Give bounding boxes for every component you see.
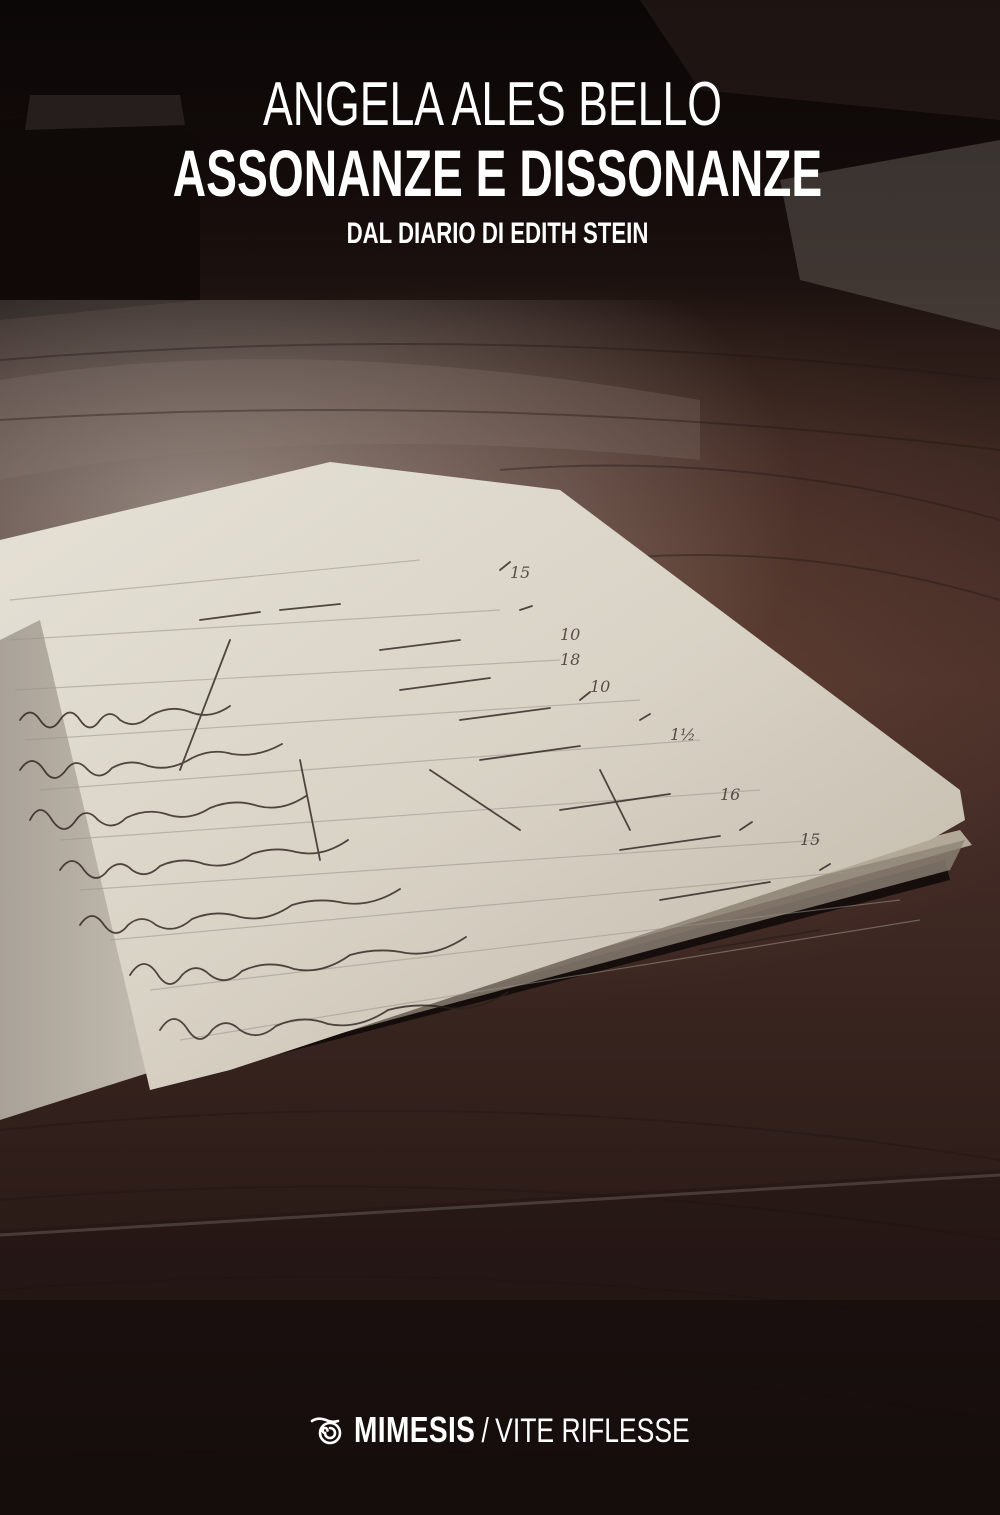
spiral-snail-icon <box>310 1415 346 1445</box>
book-subtitle: DAL DIARIO DI EDITH STEIN <box>126 216 870 252</box>
publisher-imprint: MIMESIS / VITE RIFLESSE <box>310 1408 784 1452</box>
book-cover: 15 10 18 10 1½ 16 15 ANGELA ALES BELLO A… <box>0 0 1000 1515</box>
book-title: ASSONANZE E DISSONANZE <box>146 138 850 208</box>
author-name: ANGELA ALES BELLO <box>127 70 858 140</box>
svg-text:18: 18 <box>560 650 580 669</box>
svg-text:15: 15 <box>510 563 530 582</box>
svg-text:10: 10 <box>590 677 610 696</box>
series-name: VITE RIFLESSE <box>495 1412 690 1451</box>
svg-text:15: 15 <box>800 830 820 849</box>
svg-text:16: 16 <box>720 785 740 804</box>
title-block: ANGELA ALES BELLO ASSONANZE E DISSONANZE… <box>0 70 1000 252</box>
svg-text:10: 10 <box>560 625 580 644</box>
imprint-separator: / <box>482 1412 489 1451</box>
svg-text:1½: 1½ <box>670 725 696 744</box>
publisher-name: MIMESIS <box>354 1409 475 1451</box>
